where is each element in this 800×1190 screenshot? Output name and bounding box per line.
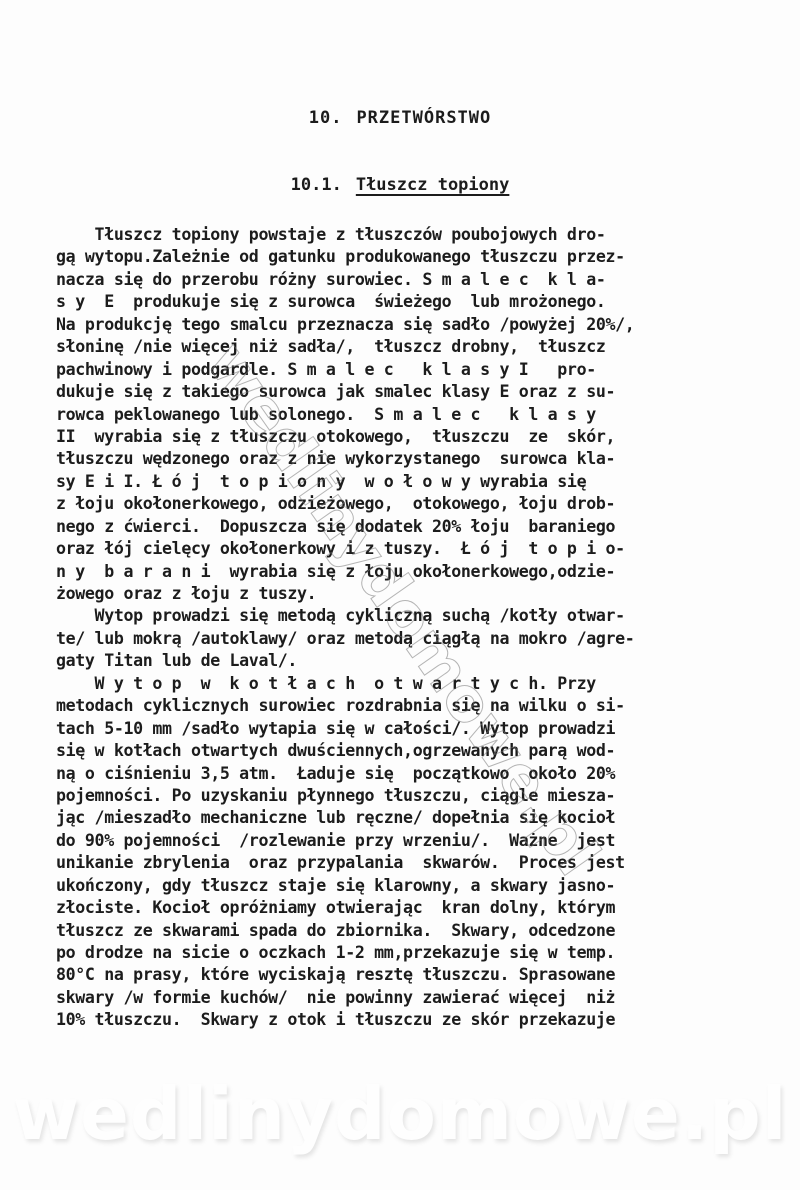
chapter-title: PRZETWÓRSTWO — [356, 108, 491, 128]
text-line: pojemności. Po uzyskaniu płynnego tłuszc… — [56, 785, 756, 807]
text-line: 10% tłuszczu. Skwary z otok i tłuszczu z… — [56, 1009, 756, 1031]
text-line: nacza się do przerobu różny surowiec. S … — [56, 269, 756, 291]
text-line: rowca peklowanego lub solonego. S m a l … — [56, 404, 756, 426]
section-number: 10.1. — [291, 175, 342, 195]
text-line: ukończony, gdy tłuszcz staje się klarown… — [56, 875, 756, 897]
section-title: Tłuszcz topiony — [356, 175, 510, 195]
text-line: złociste. Kocioł opróżniamy otwierając k… — [56, 897, 756, 919]
text-line: 80°C na prasy, które wyciskają resztę tł… — [56, 964, 756, 986]
text-line: słoninę /nie więcej niż sadła/, tłuszcz … — [56, 336, 756, 358]
text-line: metodach cyklicznych surowiec rozdrabnia… — [56, 695, 756, 717]
chapter-heading: 10.PRZETWÓRSTWO — [0, 108, 800, 128]
text-line: skwary /w formie kuchów/ nie powinny zaw… — [56, 987, 756, 1009]
text-line: gą wytopu.Zależnie od gatunku produkowan… — [56, 246, 756, 268]
text-line: sy E i I. Ł ó j t o p i o n y w o ł o w … — [56, 471, 756, 493]
text-line: po drodze na sicie o oczkach 1-2 mm,prze… — [56, 942, 756, 964]
text-line: Na produkcję tego smalcu przeznacza się … — [56, 314, 756, 336]
text-line: się w kotłach otwartych dwuściennych,ogr… — [56, 740, 756, 762]
text-line: z łoju okołonerkowego, odzieżowego, otok… — [56, 493, 756, 515]
text-line: dukuje się z takiego surowca jak smalec … — [56, 381, 756, 403]
text-line: tach 5-10 mm /sadło wytapia się w całośc… — [56, 718, 756, 740]
text-line: tłuszcz ze skwarami spada do zbiornika. … — [56, 920, 756, 942]
chapter-number: 10. — [309, 108, 343, 128]
text-line: nego z ćwierci. Dopuszcza się dodatek 20… — [56, 516, 756, 538]
section-heading: 10.1.Tłuszcz topiony — [0, 175, 800, 195]
text-line: II wyrabia się z tłuszczu otokowego, tłu… — [56, 426, 756, 448]
bottom-watermark: wedlinydomowe.pl — [0, 1072, 800, 1156]
text-line: jąc /mieszadło mechaniczne lub ręczne/ d… — [56, 807, 756, 829]
text-line: Tłuszcz topiony powstaje z tłuszczów pou… — [56, 224, 756, 246]
text-line: ną o ciśnieniu 3,5 atm. Ładuje się począ… — [56, 763, 756, 785]
text-line: do 90% pojemności /rozlewanie przy wrzen… — [56, 830, 756, 852]
text-line: pachwinowy i podgardle. S m a l e c k l … — [56, 359, 756, 381]
text-line: s y E produkuje się z surowca świeżego l… — [56, 291, 756, 313]
text-line: tłuszczu wędzonego oraz z nie wykorzysta… — [56, 448, 756, 470]
text-line: unikanie zbrylenia oraz przypalania skwa… — [56, 852, 756, 874]
document-page: 10.PRZETWÓRSTWO 10.1.Tłuszcz topiony Tłu… — [0, 0, 800, 1190]
